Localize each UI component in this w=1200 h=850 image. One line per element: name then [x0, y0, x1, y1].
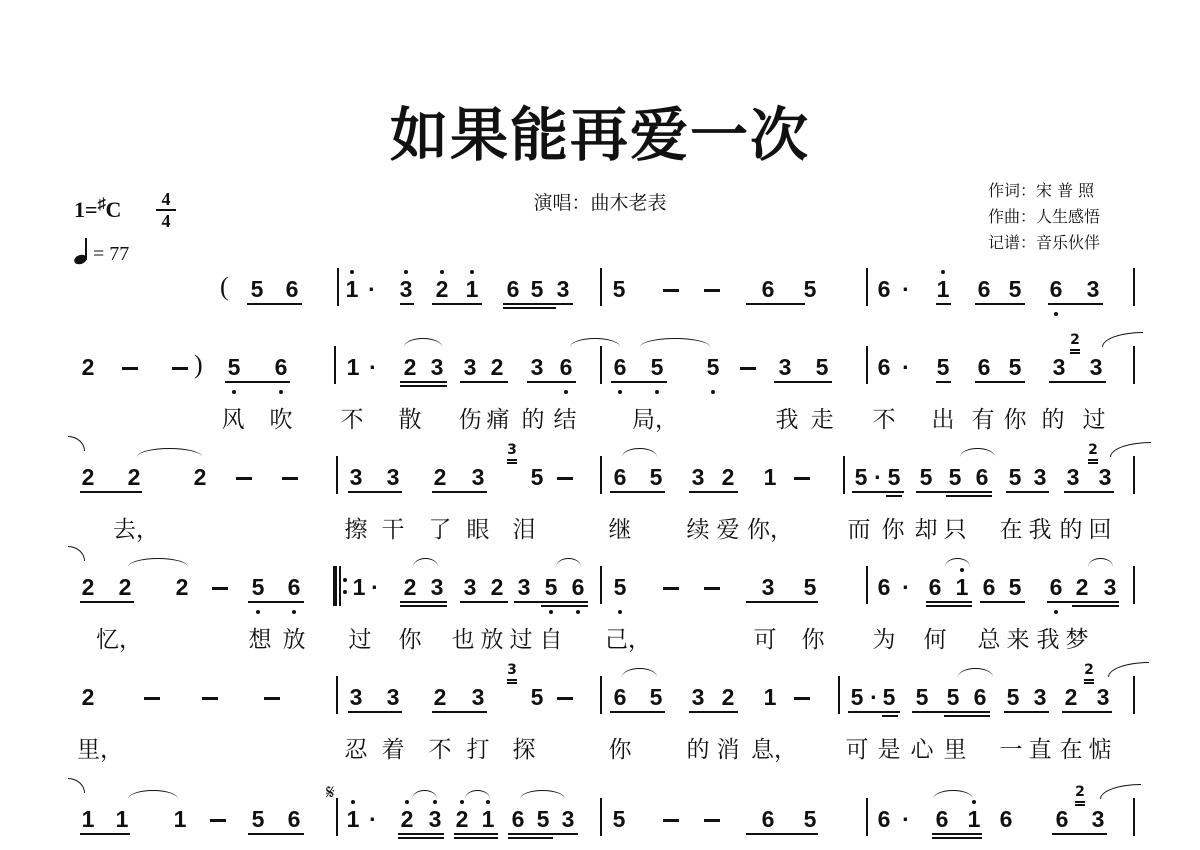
note: 3	[1104, 574, 1117, 601]
composer-credit: 作曲：人生感悟	[988, 204, 1100, 230]
note: 6	[983, 574, 996, 601]
octave-dot-high	[440, 270, 444, 274]
octave-dot-low	[232, 390, 236, 394]
note: 3	[464, 354, 477, 381]
lyric-syllable: 何	[924, 621, 947, 654]
slur-open	[1110, 442, 1151, 457]
note: 1	[116, 806, 129, 833]
note: ·	[874, 464, 882, 491]
beam-underline	[932, 837, 982, 839]
sustain-dash	[704, 819, 720, 822]
beam-underline	[975, 381, 1025, 383]
note: 6	[878, 354, 891, 381]
note: 5	[537, 806, 550, 833]
lyric-syllable: 自	[540, 621, 563, 654]
note: 6	[288, 806, 301, 833]
beam-underline	[912, 711, 990, 713]
lyric-syllable: 消	[717, 731, 740, 764]
note: 5	[707, 354, 720, 381]
barline	[866, 566, 868, 604]
barline	[336, 456, 338, 494]
octave-dot-high	[350, 270, 354, 274]
note: 6	[512, 806, 525, 833]
note: ·	[902, 276, 910, 303]
beam-underline	[946, 495, 992, 497]
note: 6	[507, 276, 520, 303]
octave-dot-high	[960, 568, 964, 572]
note: 6	[614, 464, 627, 491]
beam-underline	[248, 833, 304, 835]
beam-underline	[848, 711, 900, 713]
slur	[945, 558, 970, 567]
note: 2	[434, 684, 447, 711]
beam-underline	[975, 303, 1025, 305]
note: 5	[531, 684, 544, 711]
note: 1	[764, 684, 777, 711]
note: 3	[692, 464, 705, 491]
song-title: 如果能再爱一次	[0, 88, 1200, 172]
beam-underline	[503, 307, 556, 309]
lyric-syllable: 不	[429, 731, 452, 764]
beam-underline	[400, 381, 447, 383]
note: 3	[472, 684, 485, 711]
note: 3	[557, 276, 570, 303]
lyric-syllable: 可	[754, 621, 777, 654]
lyric-syllable: 干	[382, 511, 405, 544]
lyric-syllable: 却	[915, 511, 938, 544]
lyric-syllable: 梦	[1066, 621, 1089, 654]
beam-underline	[611, 381, 667, 383]
note: 3	[562, 806, 575, 833]
lyric-syllable: 你	[802, 621, 825, 654]
note: 3	[387, 464, 400, 491]
beam-underline	[348, 491, 402, 493]
note: 2	[456, 806, 469, 833]
note: 3	[1090, 354, 1103, 381]
beam-underline	[689, 711, 738, 713]
beam-underline	[944, 715, 990, 717]
note: 5	[947, 684, 960, 711]
lyric-syllable: 在	[1060, 731, 1083, 764]
note: 6	[560, 354, 573, 381]
barline	[600, 346, 602, 384]
tempo-marking: = 77	[74, 238, 129, 266]
note: 6	[1050, 276, 1063, 303]
note: 6	[978, 276, 991, 303]
lyric-syllable: 一	[1000, 731, 1023, 764]
sustain-dash	[663, 587, 679, 590]
beam-underline	[432, 711, 487, 713]
note: 3	[400, 276, 413, 303]
note: 2	[1076, 574, 1089, 601]
lyric-syllable: 惦	[1089, 731, 1112, 764]
slur	[622, 448, 657, 457]
grace-underline	[507, 679, 517, 681]
grace-underline	[507, 462, 517, 464]
grace-note: 3	[507, 662, 517, 678]
lyric-syllable: 放	[481, 621, 504, 654]
beam-underline	[1072, 605, 1119, 607]
sustain-dash	[704, 289, 720, 292]
octave-dot-low	[256, 610, 260, 614]
octave-dot-high	[405, 800, 409, 804]
beam-underline	[398, 833, 444, 835]
grace-underline	[1075, 804, 1085, 806]
slur	[520, 790, 565, 799]
note: 3	[429, 806, 442, 833]
note: 3	[472, 464, 485, 491]
note: 1	[466, 276, 479, 303]
lyric-syllable: 不	[341, 401, 364, 434]
beam-underline	[746, 303, 805, 305]
beam-underline	[514, 601, 588, 603]
note: 1	[353, 574, 366, 601]
note: 5	[949, 464, 962, 491]
sustain-dash	[236, 477, 252, 480]
lyric-syllable: 眼	[467, 511, 490, 544]
grace-underline	[1088, 459, 1098, 461]
note: 5	[531, 464, 544, 491]
beam-underline	[926, 605, 972, 607]
lyric-syllable: 吹	[270, 401, 293, 434]
beam-underline	[460, 601, 508, 603]
octave-dot-high	[972, 800, 976, 804]
note: 5	[937, 354, 950, 381]
barline	[334, 346, 336, 384]
note: 5	[613, 806, 626, 833]
octave-dot-low	[549, 610, 553, 614]
barline	[337, 268, 339, 306]
lyric-syllable: 爱	[717, 511, 740, 544]
lyric-syllable: 我	[1029, 511, 1052, 544]
note: 2	[82, 684, 95, 711]
beam-underline	[886, 495, 902, 497]
note: 6	[762, 276, 775, 303]
note: 3	[1099, 464, 1112, 491]
grace-underline	[1075, 801, 1085, 803]
octave-dot-low	[711, 390, 715, 394]
note: 2	[722, 464, 735, 491]
lyric-syllable: 探	[513, 731, 536, 764]
note: 2	[82, 574, 95, 601]
note: 5	[1009, 354, 1022, 381]
note: 5	[252, 806, 265, 833]
slur	[404, 338, 442, 347]
note: ·	[902, 806, 910, 833]
sustain-dash	[122, 367, 138, 370]
slur-continuation	[68, 546, 85, 561]
octave-dot-low	[292, 610, 296, 614]
note: 6	[878, 276, 891, 303]
barline	[600, 676, 602, 714]
note: ·	[369, 806, 377, 833]
slur	[413, 558, 438, 567]
barline	[600, 456, 602, 494]
slur	[622, 668, 657, 677]
slur-continuation	[68, 436, 85, 451]
note: 5	[545, 574, 558, 601]
lyric-syllable: 痛	[487, 401, 510, 434]
sustain-dash	[740, 367, 756, 370]
beam-underline	[746, 833, 818, 835]
barline	[866, 268, 868, 306]
note: 6	[286, 276, 299, 303]
slur	[960, 448, 995, 457]
grace-note: 2	[1088, 442, 1098, 458]
note: 6	[978, 354, 991, 381]
lyric-syllable: 的	[522, 401, 545, 434]
beam-underline	[936, 381, 951, 383]
beam-underline	[980, 601, 1025, 603]
lyric-syllable: 续	[687, 511, 710, 544]
sustain-dash	[212, 587, 228, 590]
slur	[465, 790, 490, 799]
sustain-dash	[557, 477, 573, 480]
note: 6	[1056, 806, 1069, 833]
lyric-syllable: 息，	[751, 731, 797, 764]
lyric-syllable: 里	[944, 731, 967, 764]
note: 1	[346, 276, 359, 303]
lyric-syllable: 可	[846, 731, 869, 764]
barline	[1133, 566, 1135, 604]
transcriber-credit: 记谱：音乐伙伴	[988, 230, 1100, 256]
sustain-dash	[202, 697, 218, 700]
lyric-syllable: 己，	[605, 621, 651, 654]
note: 2	[82, 354, 95, 381]
note: 3	[692, 684, 705, 711]
octave-dot-high	[941, 270, 945, 274]
barline	[1133, 346, 1135, 384]
note: 2	[1065, 684, 1078, 711]
sustain-dash	[264, 697, 280, 700]
note: 1	[956, 574, 969, 601]
slur	[933, 790, 973, 799]
note: 1	[82, 806, 95, 833]
beam-underline	[454, 837, 498, 839]
lyric-syllable: 出	[932, 401, 955, 434]
octave-dot-low	[1054, 312, 1058, 316]
note: 5	[1009, 574, 1022, 601]
lyric-syllable: 过	[349, 621, 372, 654]
note: ·	[902, 574, 910, 601]
lyric-syllable: 过	[1083, 401, 1106, 434]
sustain-dash	[663, 289, 679, 292]
key-signature: 1=♯C	[74, 196, 121, 223]
slur-open	[1102, 332, 1143, 347]
note: ·	[371, 574, 379, 601]
slur	[128, 558, 188, 567]
lyric-syllable: 散	[399, 401, 422, 434]
beam-underline	[400, 385, 447, 387]
barline	[600, 798, 602, 836]
beam-underline	[432, 491, 487, 493]
note: 1	[174, 806, 187, 833]
grace-note: 2	[1084, 662, 1094, 678]
note: 3	[1092, 806, 1105, 833]
lyric-syllable: 打	[467, 731, 490, 764]
octave-dot-low	[618, 610, 622, 614]
lyric-syllable: 回	[1089, 511, 1112, 544]
beam-underline	[248, 601, 304, 603]
barline	[843, 456, 845, 494]
beam-underline	[460, 381, 508, 383]
sustain-dash	[144, 697, 160, 700]
beam-underline	[932, 833, 982, 835]
note: 6	[1050, 574, 1063, 601]
note: 5	[251, 276, 264, 303]
lyric-syllable: 的	[1060, 511, 1083, 544]
barline	[1133, 676, 1135, 714]
lyric-syllable: 风	[222, 401, 245, 434]
note: 6	[614, 354, 627, 381]
barline	[838, 676, 840, 714]
note: 2	[404, 574, 417, 601]
bracket: )	[194, 350, 203, 380]
beam-underline	[80, 491, 142, 493]
lyric-syllable: 去，	[113, 511, 159, 544]
note: 6	[936, 806, 949, 833]
note: 2	[491, 354, 504, 381]
note: 2	[401, 806, 414, 833]
beam-underline	[610, 491, 665, 493]
lyric-syllable: 局，	[632, 401, 678, 434]
beam-underline	[503, 303, 573, 305]
beam-underline	[882, 715, 898, 717]
grace-underline	[1088, 462, 1098, 464]
note: 2	[722, 684, 735, 711]
note: ·	[369, 354, 377, 381]
beam-underline	[936, 303, 951, 305]
lyric-syllable: 也	[452, 621, 475, 654]
note: 2	[434, 464, 447, 491]
beam-underline	[1006, 491, 1049, 493]
octave-dot-high	[486, 800, 490, 804]
grace-note: 2	[1070, 332, 1080, 348]
lyric-syllable: 来	[1007, 621, 1030, 654]
octave-dot-low	[1054, 610, 1058, 614]
beam-underline	[1064, 491, 1114, 493]
note: 3	[431, 574, 444, 601]
lyric-syllable: 里，	[77, 731, 123, 764]
lyric-syllable: 过	[510, 621, 533, 654]
lyric-syllable: 直	[1029, 731, 1052, 764]
note: 3	[1067, 464, 1080, 491]
note: ·	[902, 354, 910, 381]
lyric-syllable: 擦	[345, 511, 368, 544]
note: 5	[531, 276, 544, 303]
octave-dot-high	[404, 270, 408, 274]
slur-open	[1108, 662, 1149, 677]
note: 5	[1009, 464, 1022, 491]
beam-underline	[348, 711, 402, 713]
note: 5	[920, 464, 933, 491]
octave-dot-high	[460, 800, 464, 804]
note: 5	[804, 276, 817, 303]
lyric-syllable: 在	[1000, 511, 1023, 544]
note: 5	[613, 276, 626, 303]
note: 6	[878, 574, 891, 601]
octave-dot-high	[433, 800, 437, 804]
beam-underline	[247, 303, 302, 305]
note: 3	[1097, 684, 1110, 711]
lyric-syllable: 而	[848, 511, 871, 544]
sustain-dash	[172, 367, 188, 370]
beam-underline	[926, 601, 972, 603]
barline	[600, 268, 602, 306]
sustain-dash	[704, 587, 720, 590]
octave-dot-low	[564, 390, 568, 394]
lyric-syllable: 想	[249, 621, 272, 654]
grace-underline	[1070, 352, 1080, 354]
note: 3	[531, 354, 544, 381]
beam-underline	[689, 491, 738, 493]
lyric-syllable: 总	[978, 621, 1001, 654]
barline	[600, 566, 602, 604]
lyric-syllable: 心	[911, 731, 934, 764]
beam-underline	[400, 303, 414, 305]
lyric-syllable: 放	[283, 621, 306, 654]
note: 3	[1087, 276, 1100, 303]
sustain-dash	[794, 477, 810, 480]
grace-note: 3	[507, 442, 517, 458]
note: 1	[764, 464, 777, 491]
lyric-syllable: 的	[1042, 401, 1065, 434]
note: 5	[883, 684, 896, 711]
octave-dot-low	[655, 390, 659, 394]
beam-underline	[746, 601, 818, 603]
beam-underline	[610, 711, 665, 713]
lyric-syllable: 你	[882, 511, 905, 544]
note: 3	[779, 354, 792, 381]
beam-underline	[1049, 381, 1106, 383]
beam-underline	[1052, 833, 1107, 835]
note: 5	[651, 354, 664, 381]
beam-underline	[852, 491, 904, 493]
lyric-syllable: 结	[554, 401, 577, 434]
note: 5	[650, 464, 663, 491]
lyric-syllable: 你	[399, 621, 422, 654]
credits-block: 作词：宋 普 照 作曲：人生感悟 记谱：音乐伙伴	[988, 178, 1100, 256]
lyric-syllable: 了	[429, 511, 452, 544]
beam-underline	[400, 601, 447, 603]
note: ·	[368, 276, 376, 303]
note: 5	[1009, 276, 1022, 303]
sustain-dash	[557, 697, 573, 700]
note: 3	[1034, 684, 1047, 711]
lyric-syllable: 的	[687, 731, 710, 764]
quarter-note-icon	[74, 238, 88, 264]
segno-icon: 𝄋	[326, 780, 335, 804]
slur	[412, 790, 437, 799]
barline	[336, 798, 338, 836]
lyric-syllable: 忍	[345, 731, 368, 764]
octave-dot-low	[576, 610, 580, 614]
beam-underline	[80, 601, 134, 603]
note: 3	[1053, 354, 1066, 381]
grace-underline	[507, 459, 517, 461]
lyric-syllable: 为	[873, 621, 896, 654]
beam-underline	[1047, 601, 1119, 603]
note: 6	[976, 464, 989, 491]
sharp-icon: ♯	[98, 196, 106, 213]
barline	[866, 346, 868, 384]
lyric-syllable: 有	[972, 401, 995, 434]
beam-underline	[541, 605, 588, 607]
beam-underline	[432, 303, 482, 305]
note: 2	[128, 464, 141, 491]
lyric-syllable: 不	[873, 401, 896, 434]
note: 5	[650, 684, 663, 711]
